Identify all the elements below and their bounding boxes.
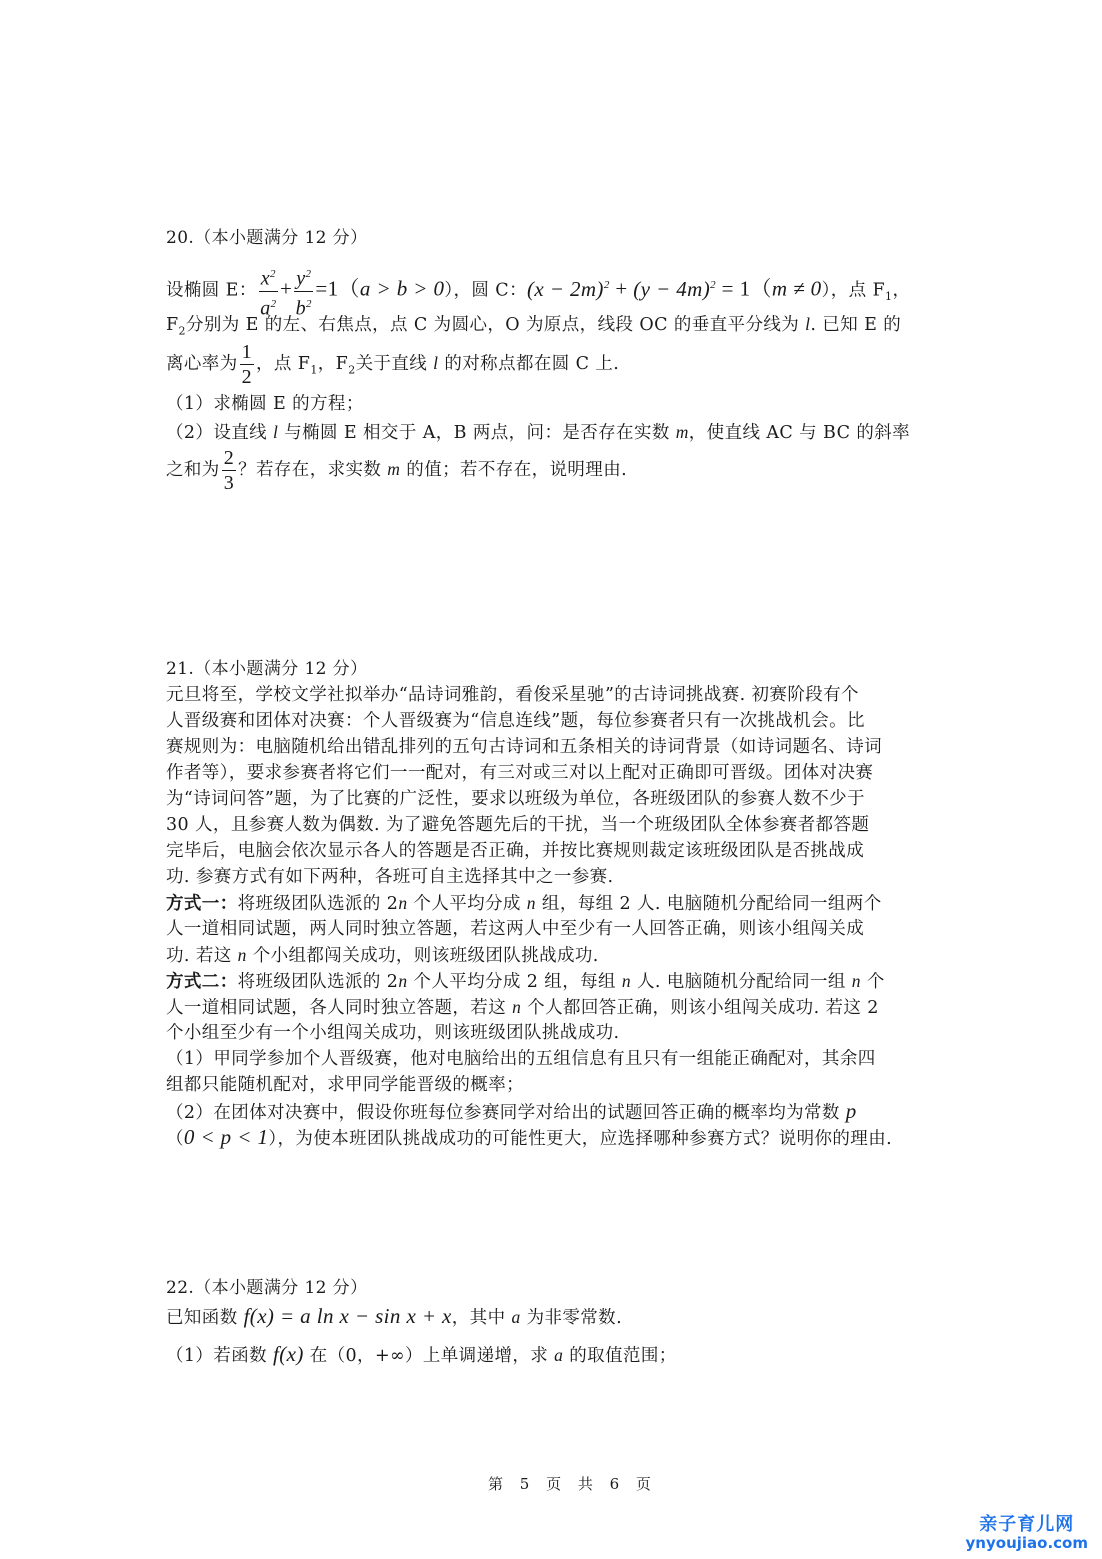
method2-label: 方式二：: [166, 972, 238, 992]
q21-para-line: 作者等），要求参赛者将它们一一配对，有三对或三对以上配对正确即可晋级。团体对决赛: [166, 761, 873, 785]
page-number: 第 5 页 共 6 页: [488, 1473, 657, 1494]
q21-method2-line2: 人一道相同试题，各人同时独立答题，若这 n 个人都回答正确，则该小组闯关成功. …: [166, 995, 879, 1020]
q21-method2-line3: 个小组至少有一个小组闯关成功，则该班级团队挑战成功.: [166, 1021, 619, 1045]
q21-method1-line3: 功. 若这 n 个小组都闯关成功，则该班级团队挑战成功.: [166, 943, 599, 968]
q22-line1: 已知函数 f(x) = a ln x − sin x + x，其中 a 为非零常…: [166, 1304, 622, 1330]
function-definition: f(x) = a ln x − sin x + x: [244, 1304, 452, 1328]
q21-para-line: 完毕后，电脑会依次显示各人的答题是否正确，并按比赛规则裁定该班级团队是否挑战成: [166, 839, 864, 863]
circle-eq-part-b: (y − 4m)2: [633, 277, 716, 301]
slope-sum-frac: 23: [222, 446, 236, 495]
ellipse-condition: a > b > 0: [360, 277, 444, 301]
q21-part2-line1: （2）在团体对决赛中，假设你班每位参赛同学对给出的试题回答正确的概率均为常数 p: [166, 1099, 857, 1125]
q21-part1-line1: （1）甲同学参加个人晋级赛，他对电脑给出的五组信息有且只有一组能正确配对，其余四: [166, 1047, 876, 1071]
watermark-logo: 亲子育儿网 ynyoujiao.com: [966, 1515, 1088, 1551]
q20-part1: （1）求椭圆 E 的方程；: [166, 392, 364, 416]
q21-method1-line1: 方式一：将班级团队选派的 2n 个人平均分成 n 组，每组 2 人. 电脑随机分…: [166, 891, 882, 916]
circle-condition: m ≠ 0: [772, 277, 822, 301]
q20-part2-line1: （2）设直线 l 与椭圆 E 相交于 A，B 两点，问：是否存在实数 m，使直线…: [166, 420, 910, 445]
watermark-title: 亲子育儿网: [966, 1515, 1088, 1535]
q21-para-line: 30 人，且参赛人数为偶数. 为了避免答题先后的干扰，当一个班级团队全体参赛者都…: [166, 813, 869, 837]
q22-part1: （1）若函数 f(x) 在（0，+∞）上单调递增，求 a 的取值范围；: [166, 1342, 677, 1368]
q20-header: 20.（本小题满分 12 分）: [166, 226, 367, 250]
q20-line2: F2分别为 E 的左、右焦点，点 C 为圆心，O 为原点，线段 OC 的垂直平分…: [166, 312, 901, 344]
method1-label: 方式一：: [166, 894, 238, 914]
q20-line3: 离心率为12，点 F1，F2关于直线 l 的对称点都在圆 C 上.: [166, 340, 619, 389]
eccentricity-frac: 12: [240, 340, 254, 389]
q20-intro-prefix: 设椭圆 E：: [166, 281, 257, 301]
q21-para-line: 为“诗词问答”题，为了比赛的广泛性，要求以班级为单位，各班级团队的参赛人数不少于: [166, 787, 865, 811]
exam-page: 20.（本小题满分 12 分） 设椭圆 E：x2a2+y2b2=1（a > b …: [0, 0, 1102, 1559]
circle-eq-part-a: (x − 2m)2: [527, 277, 610, 301]
q22-header: 22.（本小题满分 12 分）: [166, 1276, 367, 1300]
watermark-url: ynyoujiao.com: [966, 1535, 1088, 1551]
q20-part2-line2: 之和为23？若存在，求实数 m 的值；若不存在，说明理由.: [166, 446, 627, 495]
q21-part2-line2: （0 < p < 1），为使本班团队挑战成功的可能性更大，应选择哪种参赛方式？说…: [166, 1125, 892, 1151]
q21-para-line: 元旦将至，学校文学社拟举办“品诗词雅韵，看俊采星驰”的古诗词挑战赛. 初赛阶段有…: [166, 683, 859, 707]
q21-method1-line2: 人一道相同试题，两人同时独立答题，若这两人中至少有一人回答正确，则该小组闯关成: [166, 917, 864, 941]
p-range: 0 < p < 1: [184, 1125, 268, 1149]
q21-para-line: 赛规则为：电脑随机给出错乱排列的五句古诗词和五条相关的诗词背景（如诗词题名、诗词: [166, 735, 882, 759]
q21-header: 21.（本小题满分 12 分）: [166, 657, 367, 681]
q21-method2-line1: 方式二：将班级团队选派的 2n 个人平均分成 2 组，每组 n 人. 电脑随机分…: [166, 969, 885, 994]
q21-part1-line2: 组都只能随机配对，求甲同学能晋级的概率；: [166, 1073, 524, 1097]
q21-para-line: 人晋级赛和团体对决赛：个人晋级赛为“信息连线”题，每位参赛者只有一次挑战机会。比: [166, 709, 865, 733]
q21-para-line: 功. 参赛方式有如下两种，各班可自主选择其中之一参赛.: [166, 865, 614, 889]
